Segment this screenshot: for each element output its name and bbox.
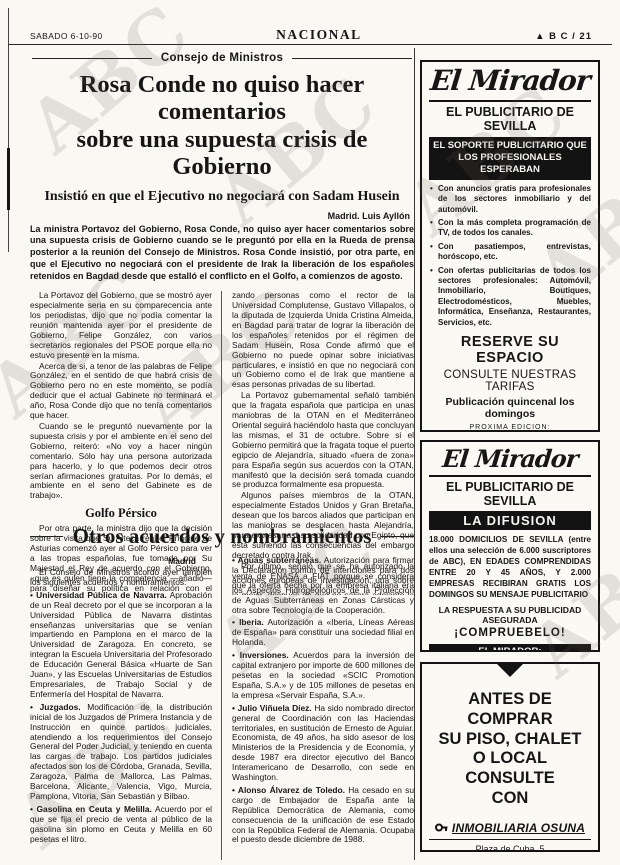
ad-inmobiliaria-osuna: ANTES DE COMPRAR SU PISO, CHALET O LOCAL… xyxy=(420,662,600,852)
agreement-item: Iberia. Autorización a «Iberia, Líneas A… xyxy=(232,618,414,648)
page-header: SABADO 6-10-90 NACIONAL ▲ B C / 21 xyxy=(30,27,592,43)
osuna-line-2: SU PISO, CHALET xyxy=(429,730,591,750)
main-article: Consejo de Ministros Rosa Conde no quiso… xyxy=(30,52,414,595)
secondary-column-1: Madrid El Consejo de Ministros acordó ay… xyxy=(30,556,221,860)
page-left-rule-thick xyxy=(7,148,10,210)
agreement-item: Julio Viñuela Díez. Ha sido nombrado dir… xyxy=(232,704,414,783)
agreement-item-text: Ha sido nombrado director general de Coo… xyxy=(232,703,414,782)
crosshead-golfo-persico: Golfo Pérsico xyxy=(30,506,212,521)
la-difusion-banner: LA DIFUSION xyxy=(429,511,591,530)
osuna-line-3: O LOCAL CONSULTE xyxy=(429,749,591,789)
key-icon xyxy=(435,821,448,834)
agreement-item: Gasolina en Ceuta y Melilla. Acuerdo por… xyxy=(30,805,212,845)
article-subheadline: Insistió en que el Ejecutivo no negociar… xyxy=(30,189,414,205)
reserve-espacio: RESERVE SU ESPACIO xyxy=(429,334,591,366)
agreement-item-text: Ha cesado en su cargo de Embajador de Es… xyxy=(232,785,414,845)
section-title: NACIONAL xyxy=(276,27,362,43)
mirador-bullet: Con ofertas publicitarias de todos los s… xyxy=(429,266,591,328)
osuna-address: Plaza de Cuba, 5 xyxy=(429,844,591,852)
compruebelo-text: ¡COMPRUEBELO! xyxy=(429,627,591,639)
ad-el-mirador-1: El Mirador EL PUBLICITARIO DE SEVILLA EL… xyxy=(420,60,600,432)
difusion-body-text: 18.000 DOMICILIOS DE SEVILLA (entre ello… xyxy=(429,535,591,601)
mirador-bullet: Con anuncios gratis para profesionales d… xyxy=(429,184,591,215)
body-paragraph: La Portavoz gubernamental señaló también… xyxy=(232,391,414,490)
proxima-edicion-label: PROXIMA EDICION: xyxy=(429,424,591,431)
respuesta-text: LA RESPUESTA A SU PUBLICIDAD ASEGURADA xyxy=(429,605,591,625)
down-triangle-icon xyxy=(497,664,523,677)
article-byline: Madrid. Luis Ayllón xyxy=(30,211,414,221)
agreement-item-title: Aguas subterráneas. xyxy=(238,556,322,565)
article-columns: La Portavoz del Gobierno, que se mostró … xyxy=(30,291,414,595)
secondary-article-columns: Madrid El Consejo de Ministros acordó ay… xyxy=(30,556,414,860)
mirador-bullet: Con pasatiempos, entrevistas, horóscopo,… xyxy=(429,242,591,263)
osuna-headline: ANTES DE COMPRAR SU PISO, CHALET O LOCAL… xyxy=(429,690,591,809)
mirador-contact-bar: EL MIRADOR: Tfno. 466 25 12 • Fax 463 89… xyxy=(429,644,591,652)
kicker-row: Consejo de Ministros xyxy=(32,52,412,64)
mirador-tagline: EL PUBLICITARIO DE SEVILLA xyxy=(429,475,591,508)
consulte-tarifas: CONSULTE NUESTRAS TARIFAS xyxy=(429,369,591,393)
article-kicker: Consejo de Ministros xyxy=(161,52,283,64)
agreement-item-title: Universidad Pública de Navarra. xyxy=(36,590,167,600)
ad-el-mirador-2: El Mirador EL PUBLICITARIO DE SEVILLA LA… xyxy=(420,440,600,652)
article-column-1: La Portavoz del Gobierno, que se mostró … xyxy=(30,291,221,595)
article-headline: Rosa Conde no quiso hacer comentarios so… xyxy=(30,71,414,181)
banner-line-2: LOS PROFESIONALES ESPERABAN xyxy=(431,152,589,177)
agreement-item: Aguas subterráneas. Autorización para fi… xyxy=(232,556,414,615)
dateline: Madrid xyxy=(30,556,212,566)
article-column-2: zando personas como el rector de la Univ… xyxy=(221,291,414,595)
mirador-tagline: EL PUBLICITARIO DE SEVILLA xyxy=(429,100,591,133)
column-sidebar-divider xyxy=(414,48,415,860)
proxima-edicion-date: DOMINGO 14 OCTUBRE xyxy=(429,431,591,432)
article-lead: La ministra Portavoz del Gobierno, Rosa … xyxy=(30,224,414,282)
mirador-bullet: Con la más completa programación de TV, … xyxy=(429,218,591,239)
contact-name: EL MIRADOR: xyxy=(429,646,591,652)
issue-date: SABADO 6-10-90 xyxy=(30,31,103,41)
mirador-bullet-list: Con anuncios gratis para profesionales d… xyxy=(429,184,591,328)
agreement-item-title: Gasolina en Ceuta y Melilla. xyxy=(37,804,152,814)
body-paragraph: zando personas como el rector de la Univ… xyxy=(232,291,414,390)
osuna-brand-name: INMOBILIARIA OSUNA xyxy=(452,821,585,835)
el-mirador-logo: El Mirador xyxy=(428,446,593,472)
agreement-item: Inversiones. Acuerdos para la inversión … xyxy=(232,651,414,701)
agreement-item-title: Juzgados. xyxy=(40,702,81,712)
agreement-item-text: Aprobación de un Real decreto por el que… xyxy=(30,590,212,699)
headline-line-1: Rosa Conde no quiso hacer comentarios xyxy=(30,71,414,126)
el-mirador-logo: El Mirador xyxy=(427,66,592,97)
brand-page-number: ▲ B C / 21 xyxy=(535,31,592,42)
osuna-line-4: CON xyxy=(429,789,591,809)
agreement-item: Universidad Pública de Navarra. Aprobaci… xyxy=(30,591,212,700)
osuna-line-1: ANTES DE COMPRAR xyxy=(429,690,591,730)
body-paragraph: La Portavoz del Gobierno, que se mostró … xyxy=(30,291,212,360)
agreement-item-title: Alonso Álvarez de Toledo. xyxy=(238,785,345,795)
agreement-item-text: Autorización para firmar la Declaración … xyxy=(232,556,414,615)
header-rule xyxy=(8,44,612,45)
body-paragraph: Acerca de si, a tenor de las palabras de… xyxy=(30,362,212,421)
body-paragraph: Cuando se le preguntó nuevamente por la … xyxy=(30,422,212,501)
secondary-headline: Otros acuerdos y nombramientos xyxy=(73,524,372,549)
headline-line-2: sobre una supuesta crisis de Gobierno xyxy=(30,126,414,181)
agreement-item: Alonso Álvarez de Toledo. Ha cesado en s… xyxy=(232,786,414,845)
agreement-item-text: Modificación de la distribución inicial … xyxy=(30,702,212,801)
secondary-headline-row: Otros acuerdos y nombramientos xyxy=(30,524,414,549)
secondary-column-2: Aguas subterráneas. Autorización para fi… xyxy=(221,556,414,860)
secondary-intro: El Consejo de Ministros acordó ayer tamb… xyxy=(30,568,212,588)
mirador-banner: EL SOPORTE PUBLICITARIO QUE LOS PROFESIO… xyxy=(429,137,591,180)
agreement-item-title: Iberia. xyxy=(239,617,264,627)
agreement-item-title: Julio Viñuela Díez. xyxy=(238,703,312,713)
osuna-brand-row: INMOBILIARIA OSUNA xyxy=(429,821,591,840)
agreement-item: Juzgados. Modificación de la distribució… xyxy=(30,703,212,802)
publicacion-quincenal: Publicación quincenal los domingos xyxy=(429,396,591,420)
agreement-item-title: Inversiones. xyxy=(240,650,289,660)
banner-line-1: EL SOPORTE PUBLICITARIO QUE xyxy=(431,140,589,152)
